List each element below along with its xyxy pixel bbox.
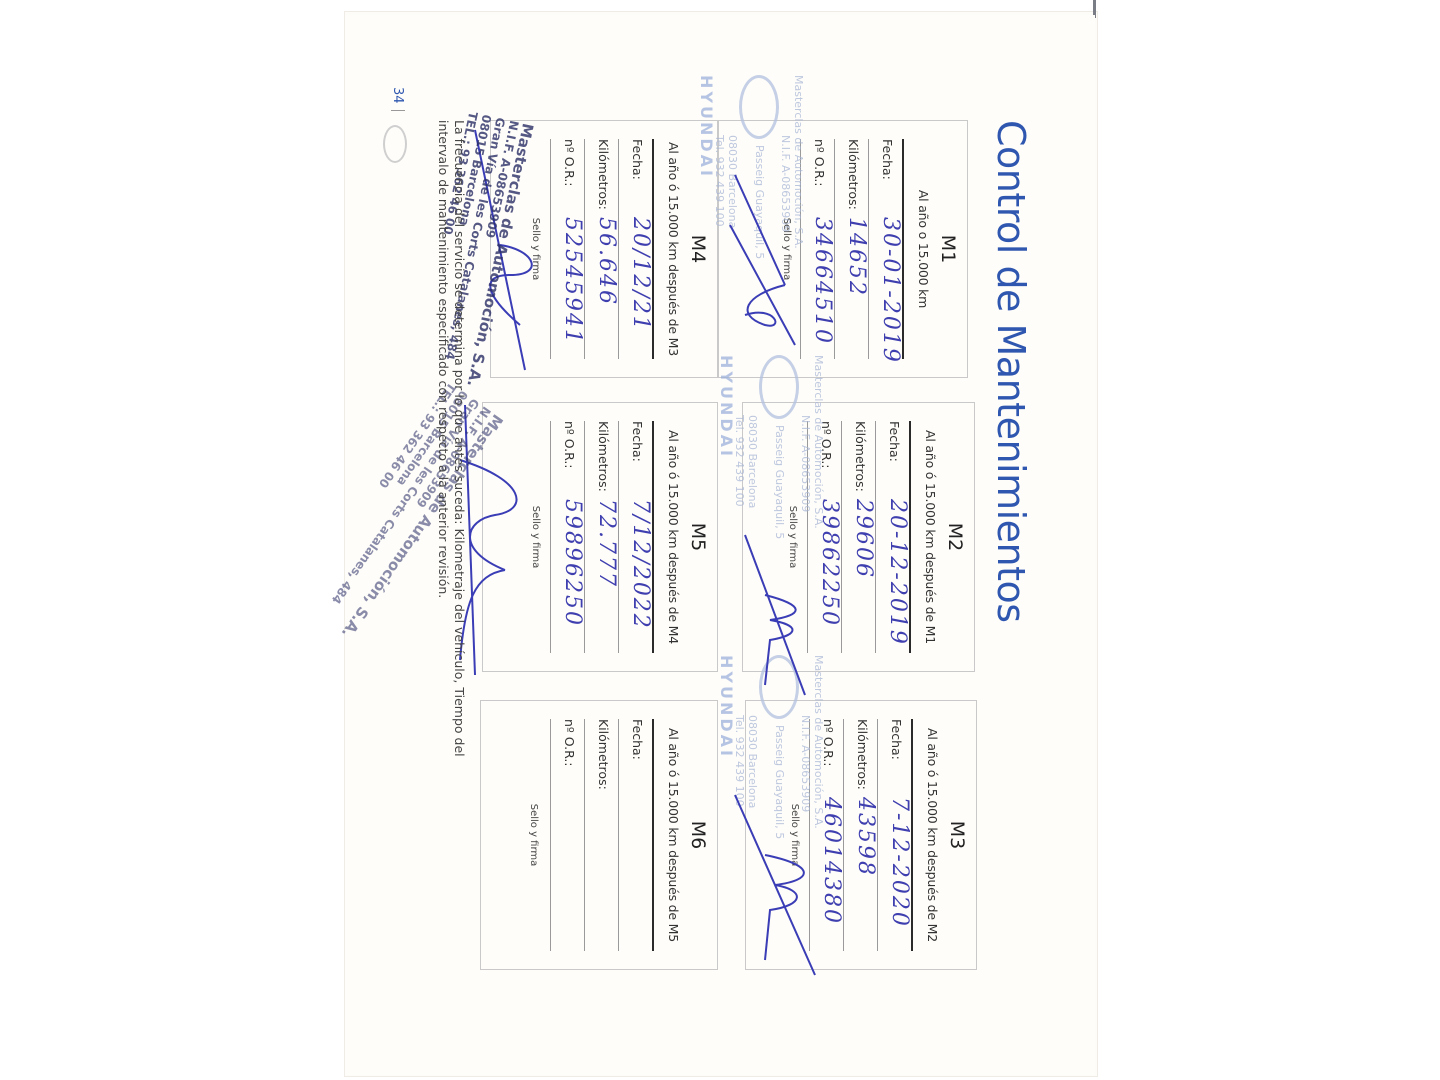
or-label: nº O.R.: (562, 421, 577, 469)
or-value: 59896250 (560, 499, 585, 627)
kilometros-label: Kilómetros: (596, 719, 611, 790)
service-code: M2 (944, 403, 966, 671)
service-interval: Al año ó 15.000 km después de M1 (923, 403, 938, 671)
fecha-value: 20/12/21 (628, 217, 653, 332)
stamp-line: 08030 Barcelona (746, 355, 759, 539)
kilometros-field: Kilómetros: 14652 (834, 139, 867, 359)
fecha-value: 7-12-2020 (887, 797, 912, 928)
stamp-line: N.I.F. A-08653909 (799, 355, 812, 539)
fecha-field: Fecha: (618, 719, 651, 951)
or-label: nº O.R.: (562, 719, 577, 767)
fecha-label: Fecha: (630, 139, 645, 180)
fecha-value: 7/12/2022 (628, 499, 653, 630)
service-box-m6: M6 Al año ó 15.000 km después de M5 Fech… (480, 700, 718, 970)
kilometros-field: Kilómetros: 72.777 (584, 421, 617, 653)
service-code: M5 (687, 403, 709, 671)
service-code: M6 (687, 701, 709, 969)
service-interval: Al año ó 15.000 km después de M5 (666, 701, 681, 969)
kilometros-value: 14652 (844, 217, 869, 297)
kilometros-value: 29606 (851, 499, 876, 579)
service-interval: Al año ó 15.000 km después de M2 (925, 701, 940, 969)
kilometros-label: Kilómetros: (846, 139, 861, 210)
fecha-field: Fecha: 7-12-2020 (877, 719, 910, 951)
fecha-label: Fecha: (887, 421, 902, 462)
kilometros-value: 43598 (853, 797, 878, 877)
kilometros-label: Kilómetros: (596, 421, 611, 492)
or-label: nº O.R.: (812, 139, 827, 187)
or-label: nº O.R.: (562, 139, 577, 187)
signature-m2 (735, 515, 825, 715)
kilometros-value: 72.777 (594, 499, 619, 588)
fecha-label: Fecha: (880, 139, 895, 180)
kilometros-field: Kilómetros: 43598 (843, 719, 876, 951)
service-interval: Al año o 15.000 km (916, 121, 931, 377)
fecha-field: Fecha: 20/12/21 (618, 139, 651, 359)
dealer-stamp-faded-m2: Masterclas de Automoción, S.A. N.I.F. A-… (720, 355, 825, 539)
fecha-field: Fecha: 7/12/2022 (618, 421, 651, 653)
hyundai-logo-icon (739, 75, 779, 139)
kilometros-field: Kilómetros: 56.646 (584, 139, 617, 359)
signature-m1 (715, 165, 805, 365)
fecha-label: Fecha: (630, 421, 645, 462)
fecha-value: 30-01-2019 (878, 217, 903, 364)
sello-label: Sello y firma (528, 701, 539, 969)
kilometros-field: Kilómetros: 29606 (841, 421, 874, 653)
header-rule (652, 719, 654, 951)
fecha-field: Fecha: 20-12-2019 (875, 421, 908, 653)
service-code: M1 (937, 121, 959, 377)
service-interval: Al año ó 15.000 km después de M3 (666, 121, 681, 377)
fecha-label: Fecha: (630, 719, 645, 760)
kilometros-label: Kilómetros: (853, 421, 868, 492)
or-field: nº O.R.: (550, 719, 583, 951)
signature-m3 (725, 785, 835, 985)
stamp-brand: HYUNDAI (700, 75, 713, 259)
stamp-brand: HYUNDAI (720, 355, 733, 539)
fecha-label: Fecha: (889, 719, 904, 760)
kilometros-value: 56.646 (594, 217, 619, 306)
fecha-value: 20-12-2019 (885, 499, 910, 646)
stamp-line: Masterclas de Automoción, S.A. (812, 355, 825, 539)
kilometros-field: Kilómetros: (584, 719, 617, 951)
or-value: 52545941 (560, 217, 585, 345)
kilometros-label: Kilómetros: (855, 719, 870, 790)
service-interval: Al año ó 15.000 km después de M4 (666, 403, 681, 671)
page-number-divider (391, 110, 405, 111)
service-code: M3 (946, 701, 968, 969)
footnote: La frecuencia del servicio se determina … (435, 120, 467, 760)
page-number: 34 (390, 87, 405, 104)
page-title: Control de Mantenimientos (989, 120, 1033, 623)
or-field: nº O.R.: 59896250 (550, 421, 583, 653)
or-value: 34664510 (810, 217, 835, 345)
maintenance-page: Control de Mantenimientos M1 Al año o 15… (345, 15, 1095, 1075)
kilometros-label: Kilómetros: (596, 139, 611, 210)
hyundai-logo-icon (383, 125, 407, 163)
fecha-field: Fecha: 30-01-2019 (868, 139, 901, 359)
